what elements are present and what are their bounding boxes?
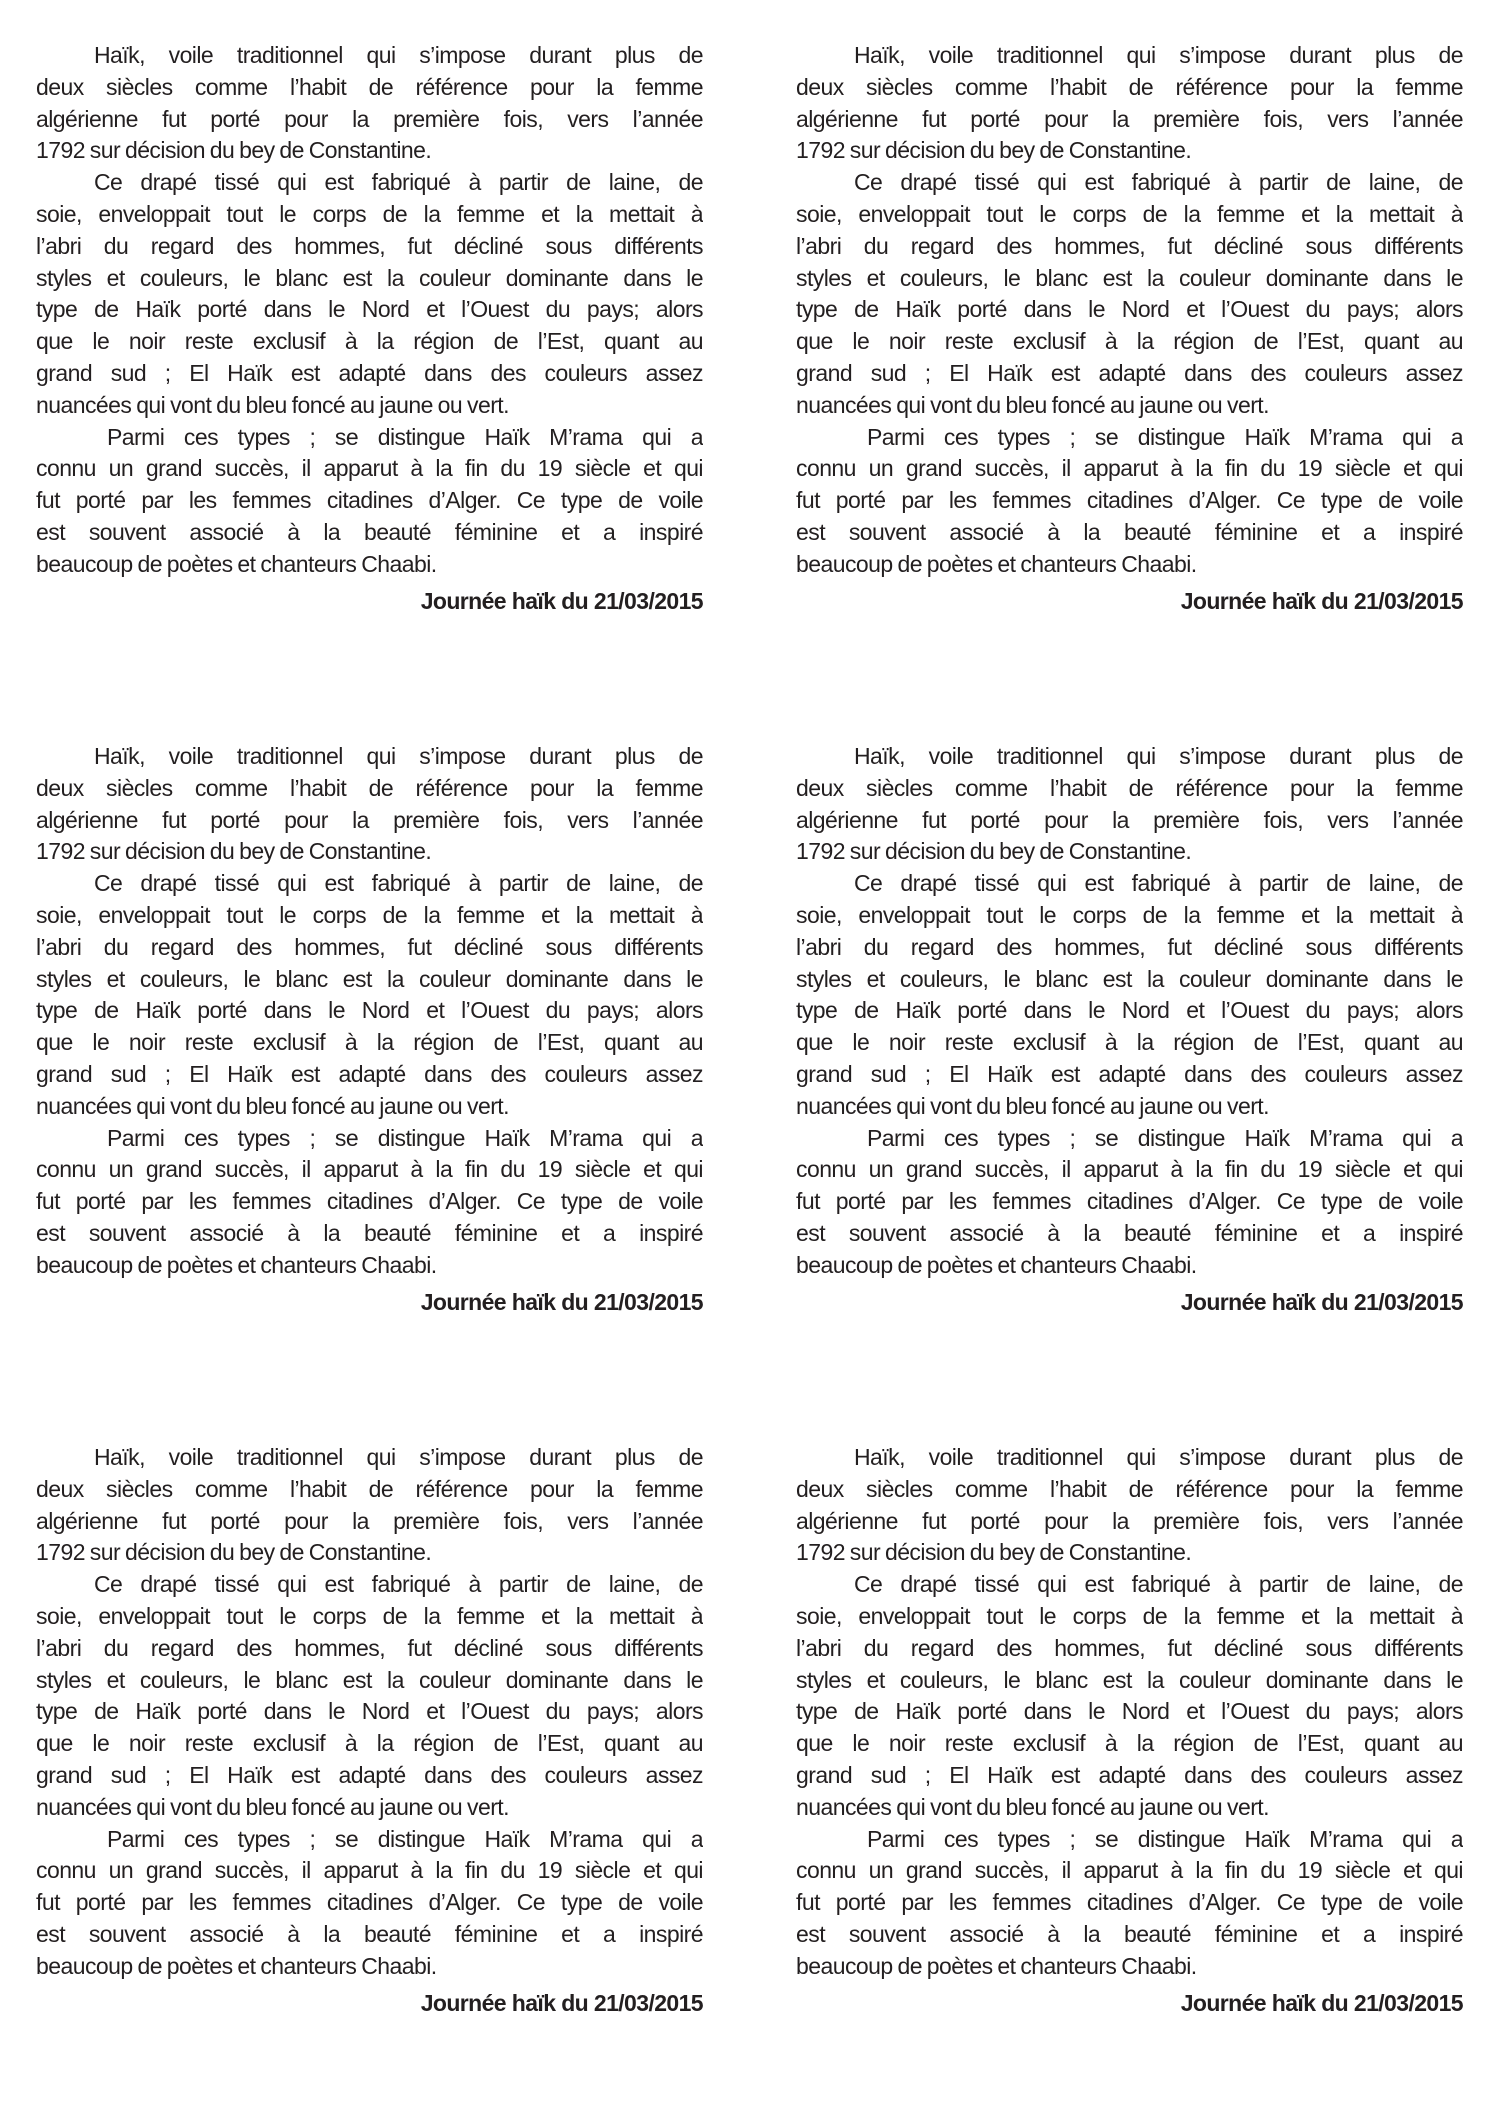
text-line: 1792 sur décision du bey de Constantine. <box>36 135 703 167</box>
paragraph-mrama: Parmi ces types ; se distingue Haïk M’ra… <box>36 1123 703 1282</box>
text-line: beaucoup de poètes et chanteurs Chaabi. <box>796 1951 1463 1983</box>
text-line: l’abri du regard des hommes, fut décliné… <box>796 932 1463 964</box>
signature-date: Journée haïk du 21/03/2015 <box>796 1983 1463 2017</box>
text-line: l’abri du regard des hommes, fut décliné… <box>36 1633 703 1665</box>
text-line: connu un grand succès, il apparut à la f… <box>796 453 1463 485</box>
text-line: que le noir reste exclusif à la région d… <box>36 326 703 358</box>
text-line: l’abri du regard des hommes, fut décliné… <box>796 1633 1463 1665</box>
text-line: deux siècles comme l’habit de référence … <box>796 773 1463 805</box>
text-line: algérienne fut porté pour la première fo… <box>36 805 703 837</box>
text-line: beaucoup de poètes et chanteurs Chaabi. <box>36 549 703 581</box>
text-line: Parmi ces types ; se distingue Haïk M’ra… <box>796 1824 1463 1856</box>
text-line: soie, enveloppait tout le corps de la fe… <box>796 1601 1463 1633</box>
text-line: que le noir reste exclusif à la région d… <box>36 1027 703 1059</box>
signature-date: Journée haïk du 21/03/2015 <box>36 1282 703 1316</box>
text-line: nuancées qui vont du bleu foncé au jaune… <box>796 1792 1463 1824</box>
text-line: soie, enveloppait tout le corps de la fe… <box>36 199 703 231</box>
text-line: deux siècles comme l’habit de référence … <box>36 773 703 805</box>
text-line: algérienne fut porté pour la première fo… <box>796 104 1463 136</box>
text-line: 1792 sur décision du bey de Constantine. <box>796 1537 1463 1569</box>
paragraph-description: Ce drapé tissé qui est fabriqué à partir… <box>36 1569 703 1823</box>
text-line: soie, enveloppait tout le corps de la fe… <box>796 199 1463 231</box>
text-line: fut porté par les femmes citadines d’Alg… <box>796 1887 1463 1919</box>
text-line: nuancées qui vont du bleu foncé au jaune… <box>796 1091 1463 1123</box>
text-line: que le noir reste exclusif à la région d… <box>796 1027 1463 1059</box>
text-line: Ce drapé tissé qui est fabriqué à partir… <box>36 868 703 900</box>
text-line: nuancées qui vont du bleu foncé au jaune… <box>36 1792 703 1824</box>
paragraph-mrama: Parmi ces types ; se distingue Haïk M’ra… <box>36 422 703 581</box>
text-line: est souvent associé à la beauté féminine… <box>796 1218 1463 1250</box>
text-line: connu un grand succès, il apparut à la f… <box>36 1855 703 1887</box>
text-line: fut porté par les femmes citadines d’Alg… <box>36 1887 703 1919</box>
paragraph-description: Ce drapé tissé qui est fabriqué à partir… <box>36 868 703 1122</box>
text-line: Haïk, voile traditionnel qui s’impose du… <box>36 741 703 773</box>
flyer-row3-right: Haïk, voile traditionnel qui s’impose du… <box>796 1442 1463 2017</box>
text-line: connu un grand succès, il apparut à la f… <box>796 1855 1463 1887</box>
text-line: grand sud ; El Haïk est adapté dans des … <box>796 1760 1463 1792</box>
text-line: connu un grand succès, il apparut à la f… <box>36 1154 703 1186</box>
text-line: que le noir reste exclusif à la région d… <box>36 1728 703 1760</box>
text-line: 1792 sur décision du bey de Constantine. <box>36 836 703 868</box>
text-line: styles et couleurs, le blanc est la coul… <box>796 1665 1463 1697</box>
text-line: Parmi ces types ; se distingue Haïk M’ra… <box>36 1123 703 1155</box>
text-line: algérienne fut porté pour la première fo… <box>36 1506 703 1538</box>
text-line: Haïk, voile traditionnel qui s’impose du… <box>796 741 1463 773</box>
text-line: deux siècles comme l’habit de référence … <box>796 72 1463 104</box>
text-line: nuancées qui vont du bleu foncé au jaune… <box>36 390 703 422</box>
text-line: styles et couleurs, le blanc est la coul… <box>36 1665 703 1697</box>
text-line: type de Haïk porté dans le Nord et l’Oue… <box>36 1696 703 1728</box>
text-line: styles et couleurs, le blanc est la coul… <box>36 263 703 295</box>
paragraph-intro: Haïk, voile traditionnel qui s’impose du… <box>36 1442 703 1569</box>
flyer-row3-left: Haïk, voile traditionnel qui s’impose du… <box>36 1442 703 2017</box>
text-line: que le noir reste exclusif à la région d… <box>796 1728 1463 1760</box>
signature-date: Journée haïk du 21/03/2015 <box>36 581 703 615</box>
text-line: soie, enveloppait tout le corps de la fe… <box>796 900 1463 932</box>
paragraph-description: Ce drapé tissé qui est fabriqué à partir… <box>796 167 1463 421</box>
text-line: deux siècles comme l’habit de référence … <box>796 1474 1463 1506</box>
paragraph-intro: Haïk, voile traditionnel qui s’impose du… <box>796 40 1463 167</box>
flyer-row2-left: Haïk, voile traditionnel qui s’impose du… <box>36 741 703 1316</box>
text-line: deux siècles comme l’habit de référence … <box>36 72 703 104</box>
text-line: styles et couleurs, le blanc est la coul… <box>36 964 703 996</box>
text-line: grand sud ; El Haïk est adapté dans des … <box>36 1760 703 1792</box>
text-line: est souvent associé à la beauté féminine… <box>36 1218 703 1250</box>
text-line: 1792 sur décision du bey de Constantine. <box>36 1537 703 1569</box>
text-line: styles et couleurs, le blanc est la coul… <box>796 964 1463 996</box>
text-line: 1792 sur décision du bey de Constantine. <box>796 836 1463 868</box>
flyer-row1-right: Haïk, voile traditionnel qui s’impose du… <box>796 40 1463 615</box>
paragraph-intro: Haïk, voile traditionnel qui s’impose du… <box>36 741 703 868</box>
text-line: est souvent associé à la beauté féminine… <box>36 1919 703 1951</box>
flyer-row2-right: Haïk, voile traditionnel qui s’impose du… <box>796 741 1463 1316</box>
text-line: Parmi ces types ; se distingue Haïk M’ra… <box>36 1824 703 1856</box>
text-line: grand sud ; El Haïk est adapté dans des … <box>36 1059 703 1091</box>
text-line: algérienne fut porté pour la première fo… <box>36 104 703 136</box>
paragraph-description: Ce drapé tissé qui est fabriqué à partir… <box>796 1569 1463 1823</box>
paragraph-mrama: Parmi ces types ; se distingue Haïk M’ra… <box>36 1824 703 1983</box>
paragraph-intro: Haïk, voile traditionnel qui s’impose du… <box>796 1442 1463 1569</box>
text-line: est souvent associé à la beauté féminine… <box>796 517 1463 549</box>
text-line: est souvent associé à la beauté féminine… <box>796 1919 1463 1951</box>
signature-date: Journée haïk du 21/03/2015 <box>36 1983 703 2017</box>
paragraph-description: Ce drapé tissé qui est fabriqué à partir… <box>796 868 1463 1122</box>
paragraph-mrama: Parmi ces types ; se distingue Haïk M’ra… <box>796 1824 1463 1983</box>
text-line: Parmi ces types ; se distingue Haïk M’ra… <box>796 1123 1463 1155</box>
text-line: grand sud ; El Haïk est adapté dans des … <box>796 358 1463 390</box>
text-line: Haïk, voile traditionnel qui s’impose du… <box>36 1442 703 1474</box>
text-line: Ce drapé tissé qui est fabriqué à partir… <box>796 868 1463 900</box>
text-line: grand sud ; El Haïk est adapté dans des … <box>796 1059 1463 1091</box>
text-line: type de Haïk porté dans le Nord et l’Oue… <box>796 1696 1463 1728</box>
text-line: Ce drapé tissé qui est fabriqué à partir… <box>36 167 703 199</box>
text-line: Ce drapé tissé qui est fabriqué à partir… <box>796 167 1463 199</box>
text-line: fut porté par les femmes citadines d’Alg… <box>796 1186 1463 1218</box>
text-line: beaucoup de poètes et chanteurs Chaabi. <box>796 549 1463 581</box>
text-line: beaucoup de poètes et chanteurs Chaabi. <box>796 1250 1463 1282</box>
text-line: soie, enveloppait tout le corps de la fe… <box>36 1601 703 1633</box>
text-line: connu un grand succès, il apparut à la f… <box>36 453 703 485</box>
text-line: nuancées qui vont du bleu foncé au jaune… <box>796 390 1463 422</box>
text-line: l’abri du regard des hommes, fut décliné… <box>36 932 703 964</box>
text-line: beaucoup de poètes et chanteurs Chaabi. <box>36 1250 703 1282</box>
text-line: Ce drapé tissé qui est fabriqué à partir… <box>36 1569 703 1601</box>
paragraph-mrama: Parmi ces types ; se distingue Haïk M’ra… <box>796 422 1463 581</box>
text-line: est souvent associé à la beauté féminine… <box>36 517 703 549</box>
signature-date: Journée haïk du 21/03/2015 <box>796 1282 1463 1316</box>
text-line: styles et couleurs, le blanc est la coul… <box>796 263 1463 295</box>
text-line: type de Haïk porté dans le Nord et l’Oue… <box>36 294 703 326</box>
text-line: fut porté par les femmes citadines d’Alg… <box>796 485 1463 517</box>
text-line: Haïk, voile traditionnel qui s’impose du… <box>796 1442 1463 1474</box>
text-line: l’abri du regard des hommes, fut décliné… <box>796 231 1463 263</box>
text-line: l’abri du regard des hommes, fut décliné… <box>36 231 703 263</box>
signature-date: Journée haïk du 21/03/2015 <box>796 581 1463 615</box>
text-line: fut porté par les femmes citadines d’Alg… <box>36 1186 703 1218</box>
text-line: algérienne fut porté pour la première fo… <box>796 805 1463 837</box>
text-line: connu un grand succès, il apparut à la f… <box>796 1154 1463 1186</box>
text-line: beaucoup de poètes et chanteurs Chaabi. <box>36 1951 703 1983</box>
text-line: que le noir reste exclusif à la région d… <box>796 326 1463 358</box>
paragraph-intro: Haïk, voile traditionnel qui s’impose du… <box>36 40 703 167</box>
text-line: type de Haïk porté dans le Nord et l’Oue… <box>796 294 1463 326</box>
text-line: soie, enveloppait tout le corps de la fe… <box>36 900 703 932</box>
text-line: type de Haïk porté dans le Nord et l’Oue… <box>796 995 1463 1027</box>
text-line: 1792 sur décision du bey de Constantine. <box>796 135 1463 167</box>
text-line: fut porté par les femmes citadines d’Alg… <box>36 485 703 517</box>
flyer-row1-left: Haïk, voile traditionnel qui s’impose du… <box>36 40 703 615</box>
text-line: Ce drapé tissé qui est fabriqué à partir… <box>796 1569 1463 1601</box>
text-line: type de Haïk porté dans le Nord et l’Oue… <box>36 995 703 1027</box>
text-line: Parmi ces types ; se distingue Haïk M’ra… <box>36 422 703 454</box>
text-line: Parmi ces types ; se distingue Haïk M’ra… <box>796 422 1463 454</box>
paragraph-mrama: Parmi ces types ; se distingue Haïk M’ra… <box>796 1123 1463 1282</box>
text-line: grand sud ; El Haïk est adapté dans des … <box>36 358 703 390</box>
text-line: Haïk, voile traditionnel qui s’impose du… <box>36 40 703 72</box>
paragraph-description: Ce drapé tissé qui est fabriqué à partir… <box>36 167 703 421</box>
text-line: nuancées qui vont du bleu foncé au jaune… <box>36 1091 703 1123</box>
paragraph-intro: Haïk, voile traditionnel qui s’impose du… <box>796 741 1463 868</box>
text-line: deux siècles comme l’habit de référence … <box>36 1474 703 1506</box>
text-line: algérienne fut porté pour la première fo… <box>796 1506 1463 1538</box>
text-line: Haïk, voile traditionnel qui s’impose du… <box>796 40 1463 72</box>
